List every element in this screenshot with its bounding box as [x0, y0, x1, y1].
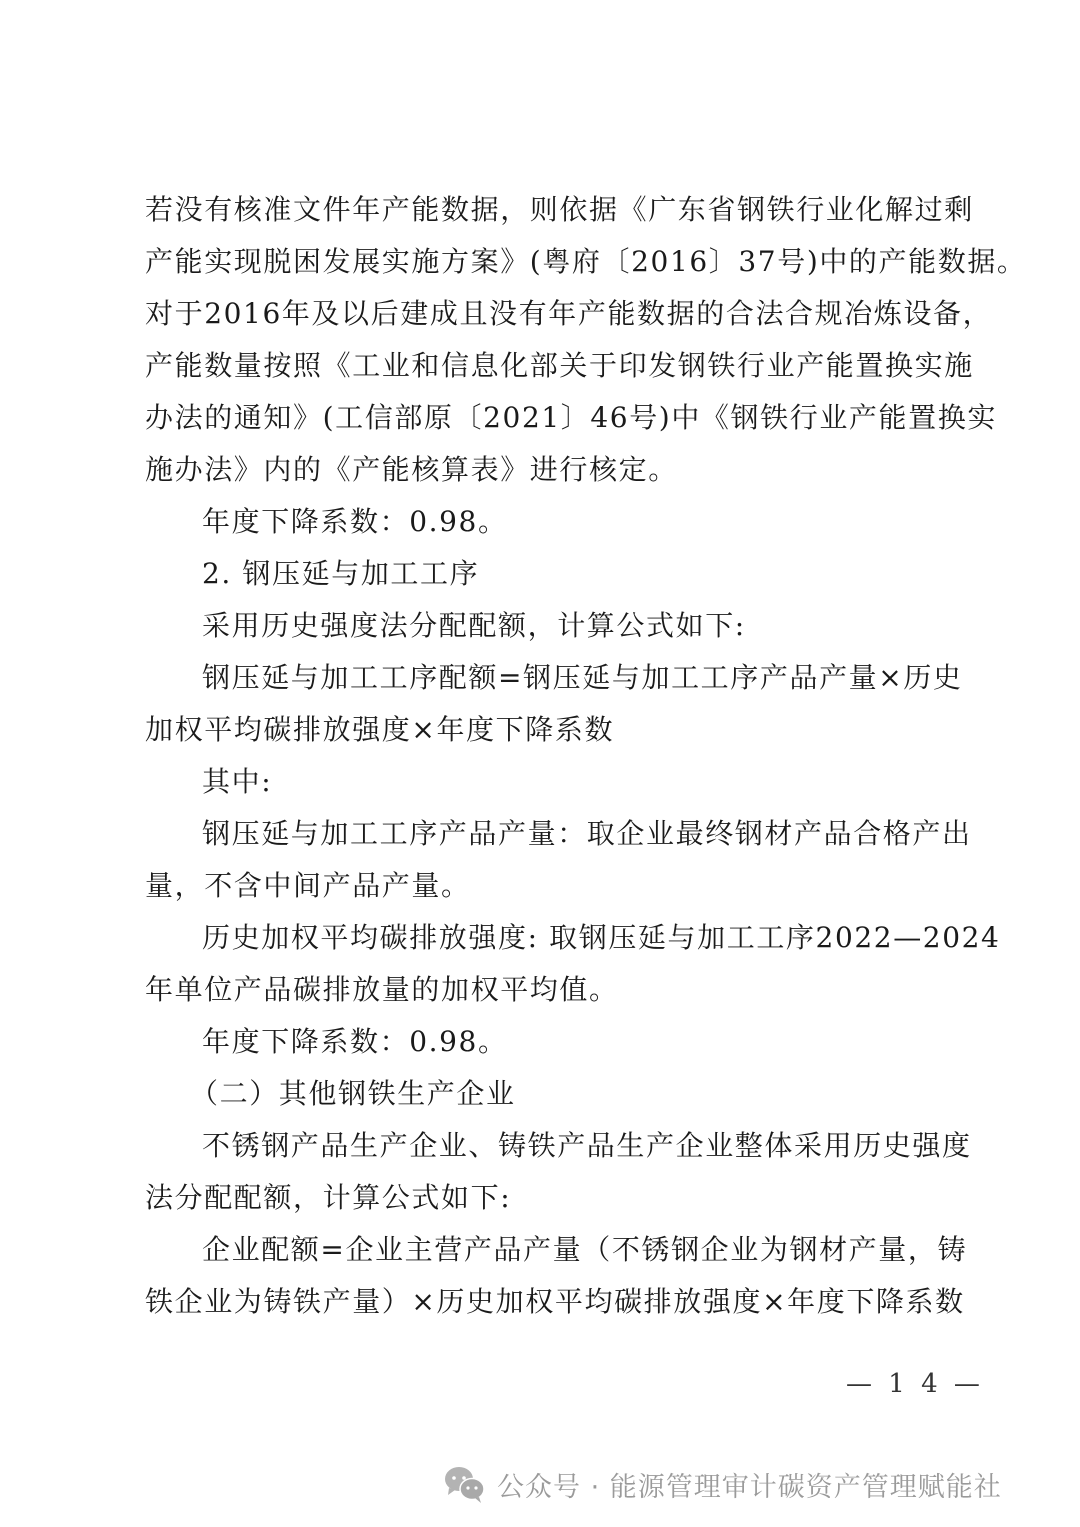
page-number: — 1 4 — — [846, 1366, 984, 1402]
paragraph-line: 采用历史强度法分配配额，计算公式如下: — [202, 606, 746, 646]
paragraph-line: 历史加权平均碳排放强度: 取钢压延与加工工序2022—2024 — [202, 918, 945, 958]
paragraph-line: 施办法》内的《产能核算表》进行核定。 — [145, 450, 678, 490]
paragraph-line: 年单位产品碳排放量的加权平均值。 — [145, 970, 619, 1010]
section-heading-other-enterprises: （二）其他钢铁生产企业 — [190, 1074, 516, 1114]
decline-coefficient-line: 年度下降系数：0.98。 — [202, 502, 508, 542]
watermark-text: 公众号 · 能源管理审计碳资产管理赋能社 — [497, 1465, 1002, 1504]
formula-line: 铁企业为铸铁产量）×历史加权平均碳排放强度×年度下降系数 — [145, 1282, 965, 1322]
formula-line: 钢压延与加工工序配额=钢压延与加工工序产品产量×历史 — [202, 658, 945, 698]
formula-line: 企业配额=企业主营产品产量（不锈钢企业为钢材产量，铸 — [202, 1230, 945, 1270]
formula-line: 加权平均碳排放强度×年度下降系数 — [145, 710, 614, 750]
watermark: 公众号 · 能源管理审计碳资产管理赋能社 — [443, 1462, 1002, 1506]
paragraph-line: 其中: — [202, 762, 272, 802]
section-heading-rolling-process: 2. 钢压延与加工工序 — [202, 554, 479, 594]
paragraph-line: 量，不含中间产品产量。 — [145, 866, 471, 906]
paragraph-line: 若没有核准文件年产能数据，则依据《广东省钢铁行业化解过剩 — [145, 190, 945, 230]
decline-coefficient-line: 年度下降系数：0.98。 — [202, 1022, 508, 1062]
paragraph-line: 钢压延与加工工序产品产量：取企业最终钢材产品合格产出 — [202, 814, 945, 854]
paragraph-line: 产能实现脱困发展实施方案》(粤府〔2016〕37号)中的产能数据。 — [145, 242, 945, 282]
paragraph-line: 对于2016年及以后建成且没有年产能数据的合法合规冶炼设备， — [145, 294, 945, 334]
paragraph-line: 法分配配额，计算公式如下: — [145, 1178, 511, 1218]
wechat-icon — [443, 1464, 487, 1504]
paragraph-line: 不锈钢产品生产企业、铸铁产品生产企业整体采用历史强度 — [202, 1126, 945, 1166]
paragraph-line: 产能数量按照《工业和信息化部关于印发钢铁行业产能置换实施 — [145, 346, 945, 386]
paragraph-line: 办法的通知》(工信部原〔2021〕46号)中《钢铁行业产能置换实 — [145, 398, 945, 438]
